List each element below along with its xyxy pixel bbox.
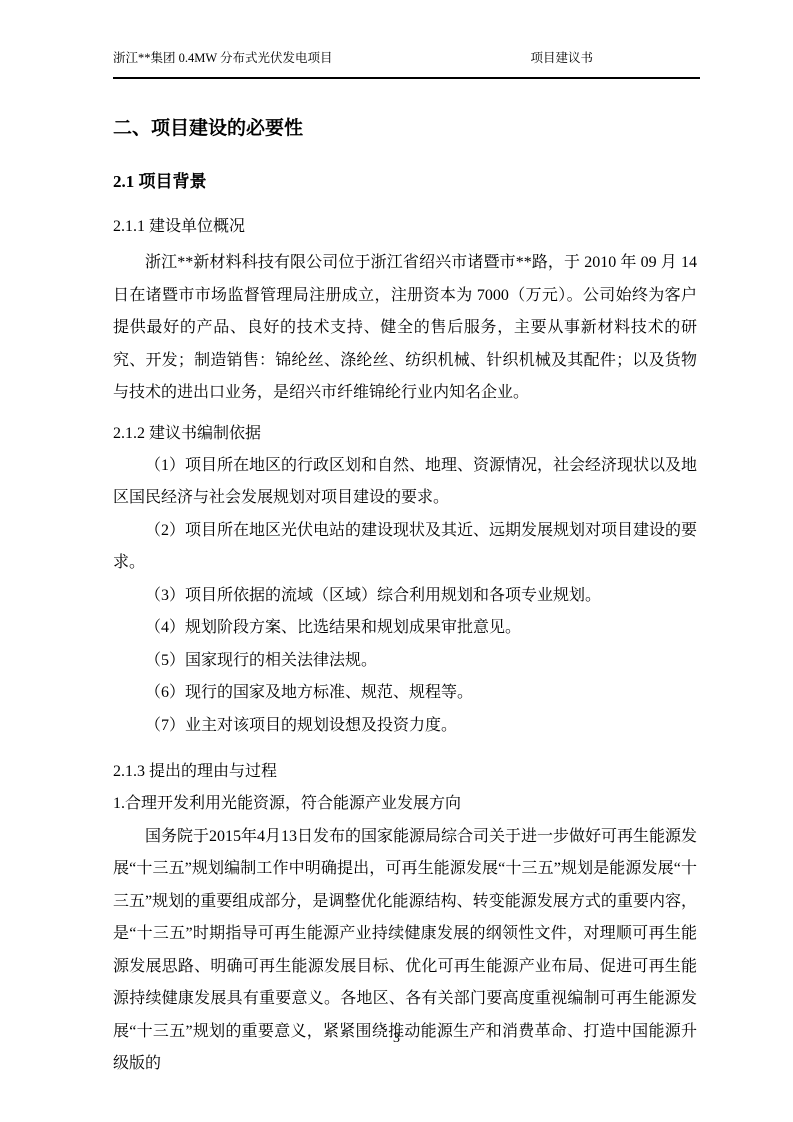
header-doc-type: 项目建议书 bbox=[530, 50, 593, 67]
page-footer: 3 bbox=[0, 1029, 793, 1049]
reason-point-heading: 1.合理开发利用光能资源，符合能源产业发展方向 bbox=[113, 788, 697, 821]
page-header: 浙江**集团 0.4MW 分布式光伏发电项目 项目建议书 bbox=[113, 50, 697, 67]
basis-item-5: （5）国家现行的相关法律法规。 bbox=[113, 645, 697, 678]
basis-item-6: （6）现行的国家及地方标准、规范、规程等。 bbox=[113, 677, 697, 710]
subsection-heading-2-1-2: 2.1.2 建议书编制依据 bbox=[113, 417, 697, 450]
chapter-heading: 二、项目建设的必要性 bbox=[113, 112, 697, 146]
page-number: 3 bbox=[393, 1031, 400, 1046]
section-heading-2-1: 2.1 项目背景 bbox=[113, 165, 697, 198]
basis-item-1: （1）项目所在地区的行政区划和自然、地理、资源情况，社会经济现状以及地区国民经济… bbox=[113, 450, 697, 515]
subsection-heading-2-1-3: 2.1.3 提出的理由与过程 bbox=[113, 755, 697, 788]
document-body: 二、项目建设的必要性 2.1 项目背景 2.1.1 建设单位概况 浙江**新材料… bbox=[113, 112, 697, 1081]
subsection-heading-2-1-1: 2.1.1 建设单位概况 bbox=[113, 210, 697, 243]
basis-item-2: （2）项目所在地区光伏电站的建设现状及其近、远期发展规划对项目建设的要求。 bbox=[113, 515, 697, 580]
header-project-title: 浙江**集团 0.4MW 分布式光伏发电项目 bbox=[113, 50, 333, 67]
basis-item-7: （7）业主对该项目的规划设想及投资力度。 bbox=[113, 710, 697, 743]
basis-item-4: （4）规划阶段方案、比选结果和规划成果审批意见。 bbox=[113, 612, 697, 645]
company-overview-paragraph: 浙江**新材料科技有限公司位于浙江省绍兴市诸暨市**路，于 2010 年 09 … bbox=[113, 247, 697, 410]
header-divider bbox=[113, 77, 700, 79]
basis-item-3: （3）项目所依据的流域（区域）综合利用规划和各项专业规划。 bbox=[113, 580, 697, 613]
document-page: 浙江**集团 0.4MW 分布式光伏发电项目 项目建议书 二、项目建设的必要性 … bbox=[0, 0, 793, 1122]
